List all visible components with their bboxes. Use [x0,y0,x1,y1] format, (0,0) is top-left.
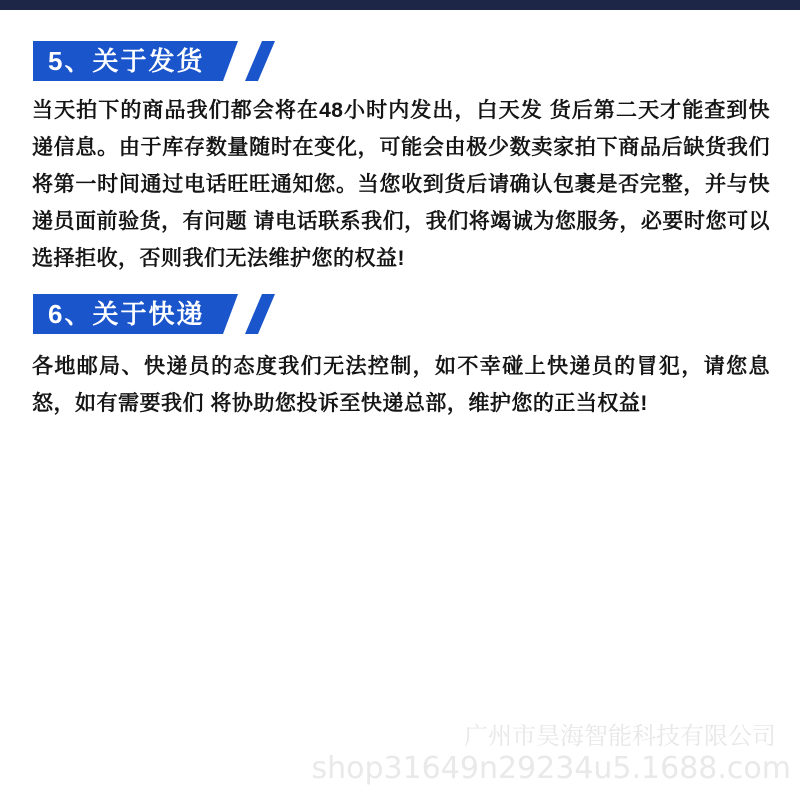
header-slash-icon [245,294,275,334]
shop-url-watermark: shop31649n29234u5.1688.com [311,751,791,786]
top-divider-bar [0,0,800,10]
section-5-title: 5、关于发货 [48,46,204,76]
express-info-paragraph: 各地邮局、快递员的态度我们无法控制，如不幸碰上快递员的冒犯，请您息怒，如有需要我… [32,348,770,422]
product-detail-page: 5、关于发货 当天拍下的商品我们都会将在48小时内发出，白天发 货后第二天才能查… [0,0,800,800]
company-watermark: 广州市昊海智能科技有限公司 [464,716,776,751]
shipping-info-paragraph: 当天拍下的商品我们都会将在48小时内发出，白天发 货后第二天才能查到快递信息。由… [32,92,770,277]
section-5-header-badge: 5、关于发货 [33,41,238,81]
section-6-title: 6、关于快递 [48,299,204,329]
section-6-header-badge: 6、关于快递 [33,294,238,334]
header-slash-icon [245,41,275,81]
